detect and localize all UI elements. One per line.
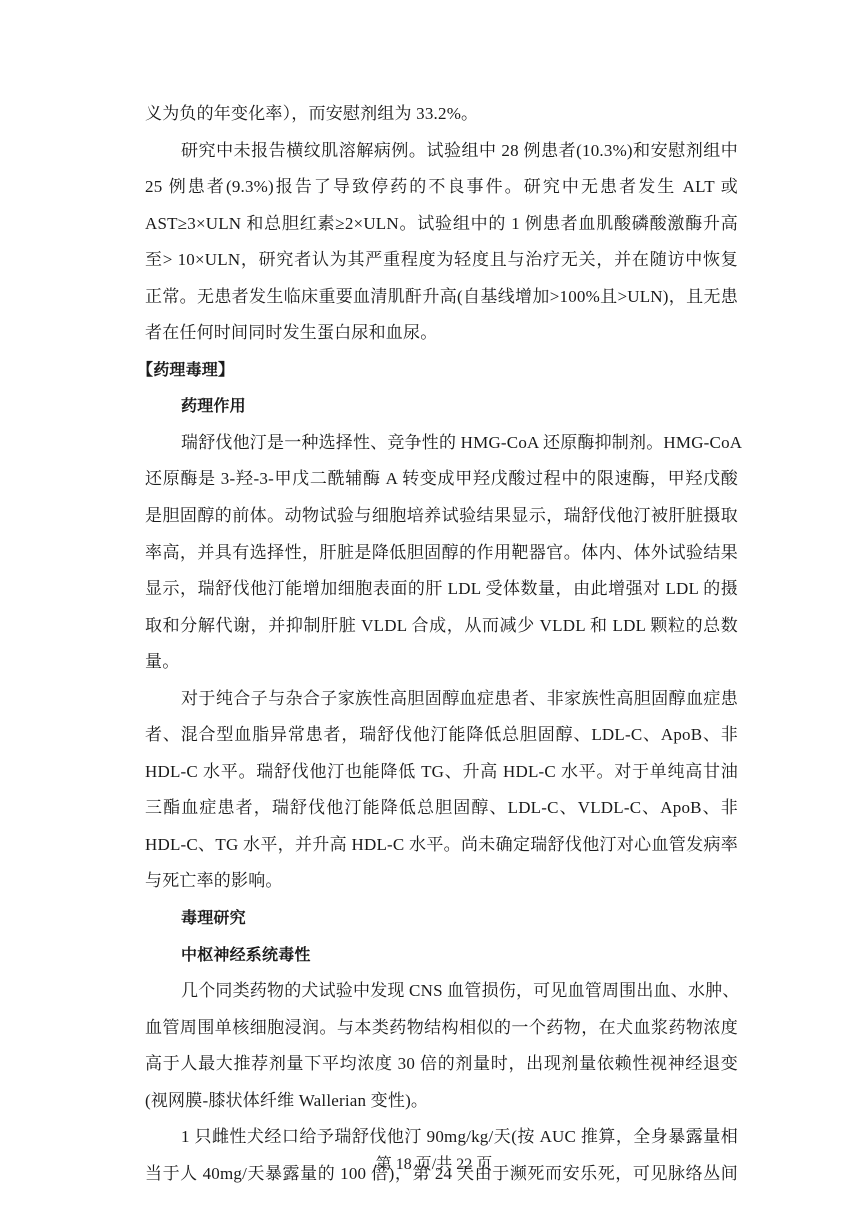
body-line: 是胆固醇的前体。动物试验与细胞培养试验结果显示，瑞舒伐他汀被肝脏摄取 [145,498,738,535]
subheading-cns-toxicity: 中枢神经系统毒性 [145,937,738,974]
body-line: 至> 10×ULN，研究者认为其严重程度为轻度且与治疗无关，并在随访中恢复 [145,242,738,279]
body-line: HDL-C 水平。瑞舒伐他汀也能降低 TG、升高 HDL-C 水平。对于单纯高甘… [145,754,738,791]
page-content: 义为负的年变化率），而安慰剂组为 33.2%。 研究中未报告横纹肌溶解病例。试验… [145,96,738,1192]
section-heading-pharmacology-toxicology: 【药理毒理】 [137,352,738,389]
body-line: 与死亡率的影响。 [145,863,738,900]
body-line: 量。 [145,644,738,681]
subheading-pharmacological-action: 药理作用 [145,388,738,425]
paragraph-first-line: 瑞舒伐他汀是一种选择性、竞争性的 HMG-CoA 还原酶抑制剂。HMG-CoA [145,425,738,462]
body-line: 义为负的年变化率），而安慰剂组为 33.2%。 [145,96,738,133]
page-number-footer: 第 18 页/共 22 页 [0,1151,868,1174]
body-line: 25 例患者(9.3%)报告了导致停药的不良事件。研究中无患者发生 ALT 或 [145,169,738,206]
body-line: AST≥3×ULN 和总胆红素≥2×ULN。试验组中的 1 例患者血肌酸磷酸激酶… [145,206,738,243]
body-line: 还原酶是 3-羟-3-甲戊二酰辅酶 A 转变成甲羟戊酸过程中的限速酶，甲羟戊酸 [145,461,738,498]
body-line: HDL-C、TG 水平，并升高 HDL-C 水平。尚未确定瑞舒伐他汀对心血管发病… [145,827,738,864]
body-line: 率高，并具有选择性，肝脏是降低胆固醇的作用靶器官。体内、体外试验结果 [145,535,738,572]
body-line: 取和分解代谢，并抑制肝脏 VLDL 合成，从而减少 VLDL 和 LDL 颗粒的… [145,608,738,645]
body-line: 高于人最大推荐剂量下平均浓度 30 倍的剂量时，出现剂量依赖性视神经退变 [145,1046,738,1083]
body-line: 者、混合型血脂异常患者，瑞舒伐他汀能降低总胆固醇、LDL-C、ApoB、非 [145,717,738,754]
body-line: 显示，瑞舒伐他汀能增加细胞表面的肝 LDL 受体数量，由此增强对 LDL 的摄 [145,571,738,608]
document-page: 义为负的年变化率），而安慰剂组为 33.2%。 研究中未报告横纹肌溶解病例。试验… [0,0,868,1227]
subheading-toxicology-study: 毒理研究 [145,900,738,937]
body-line: 者在任何时间同时发生蛋白尿和血尿。 [145,315,738,352]
paragraph-first-line: 研究中未报告横纹肌溶解病例。试验组中 28 例患者(10.3%)和安慰剂组中 [145,133,738,170]
body-line: 三酯血症患者，瑞舒伐他汀能降低总胆固醇、LDL-C、VLDL-C、ApoB、非 [145,790,738,827]
body-line: 血管周围单核细胞浸润。与本类药物结构相似的一个药物，在犬血浆药物浓度 [145,1010,738,1047]
paragraph-first-line: 对于纯合子与杂合子家族性高胆固醇血症患者、非家族性高胆固醇血症患 [145,681,738,718]
body-line: 正常。无患者发生临床重要血清肌酐升高(自基线增加>100%且>ULN)，且无患 [145,279,738,316]
body-line: (视网膜-膝状体纤维 Wallerian 变性)。 [145,1083,738,1120]
paragraph-first-line: 几个同类药物的犬试验中发现 CNS 血管损伤，可见血管周围出血、水肿、 [145,973,738,1010]
